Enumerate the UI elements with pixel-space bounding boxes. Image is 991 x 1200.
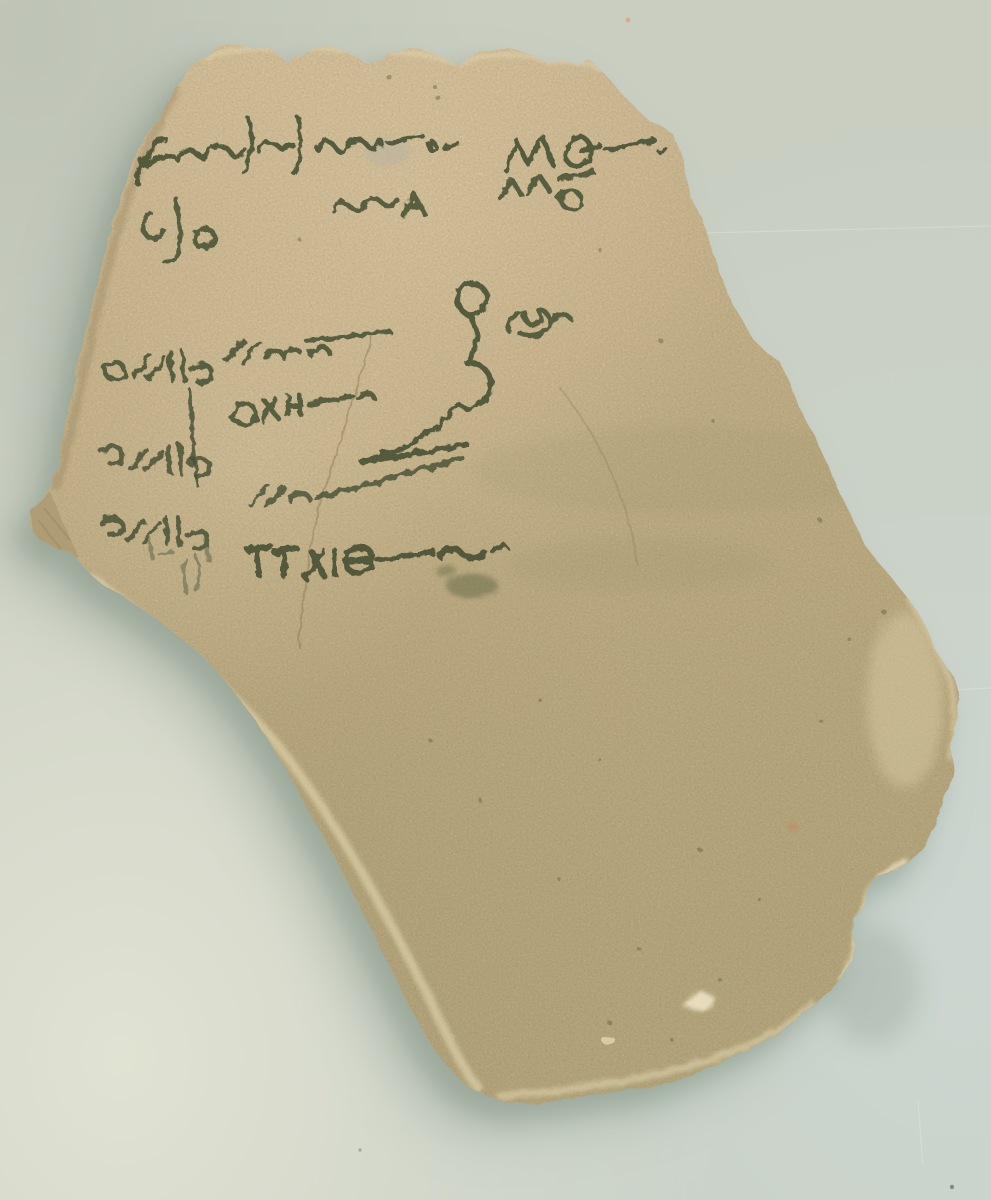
speck <box>818 518 822 522</box>
speck <box>670 1038 674 1042</box>
red-spot <box>788 822 798 832</box>
deposit-band <box>510 539 770 591</box>
deposit-blob <box>436 565 456 577</box>
deposit-blob <box>446 574 498 598</box>
speck <box>435 95 440 100</box>
chip-highlight <box>601 1036 615 1044</box>
speck <box>638 948 642 952</box>
speck <box>658 338 663 343</box>
speck <box>881 609 886 614</box>
speck <box>758 898 762 902</box>
speck <box>538 698 542 702</box>
ostracon-photograph <box>0 0 991 1200</box>
speck <box>848 638 852 642</box>
speck <box>298 238 302 242</box>
speck <box>710 418 714 422</box>
speck <box>558 878 561 881</box>
backdrop-speck <box>358 1148 361 1151</box>
speck <box>428 738 432 742</box>
speck <box>718 978 722 982</box>
photo-stage <box>0 0 991 1200</box>
speck <box>478 798 482 802</box>
speck <box>698 848 702 852</box>
speck <box>598 248 602 252</box>
backdrop-speck <box>950 1185 954 1189</box>
speck <box>432 84 436 88</box>
speck <box>818 718 822 722</box>
backdrop-speck <box>626 18 631 23</box>
speck <box>388 76 393 81</box>
speck <box>598 758 601 761</box>
speck <box>608 1021 613 1026</box>
